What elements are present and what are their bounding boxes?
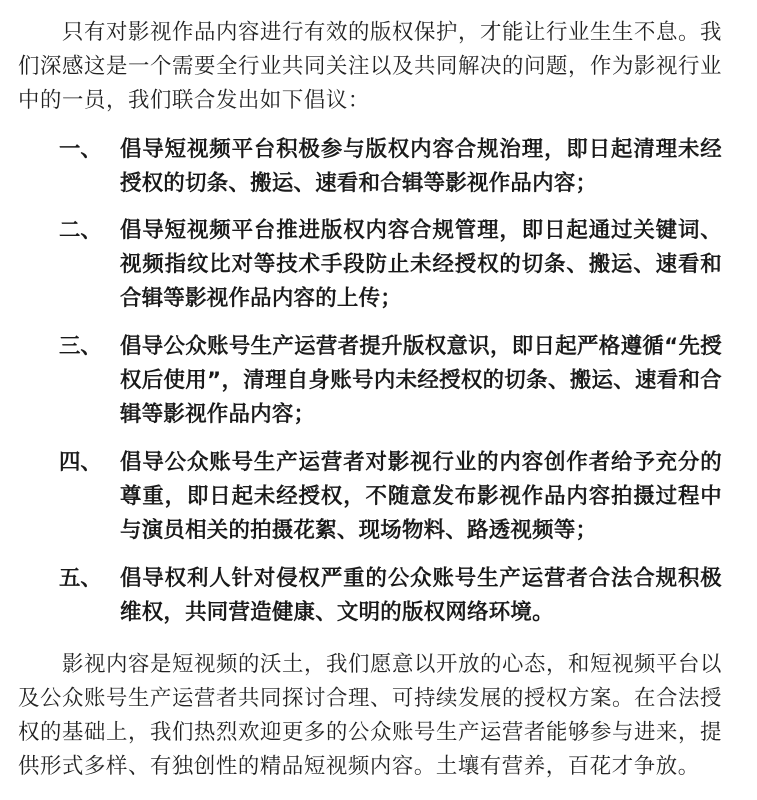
- item-number: 二、: [59, 214, 102, 248]
- item-text: 倡导短视频平台积极参与版权内容合规治理，即日起清理未经授权的切条、搬运、速看和合…: [120, 133, 722, 201]
- item-number: 一、: [59, 133, 102, 167]
- item-text: 倡导公众账号生产运营者对影视行业的内容创作者给予充分的尊重，即日起未经授权，不随…: [120, 446, 722, 548]
- intro-paragraph: 只有对影视作品内容进行有效的版权保护，才能让行业生生不息。我们深感这是一个需要全…: [18, 16, 722, 118]
- item-number: 五、: [59, 562, 102, 596]
- item-text: 倡导短视频平台推进版权内容合规管理，即日起通过关键词、视频指纹比对等技术手段防止…: [120, 214, 722, 316]
- item-number: 三、: [59, 330, 102, 364]
- item-text: 倡导权利人针对侵权严重的公众账号生产运营者合法合规积极维权，共同营造健康、文明的…: [120, 562, 722, 630]
- item-text: 倡导公众账号生产运营者提升版权意识，即日起严格遵循“先授权后使用”，清理自身账号…: [120, 330, 722, 432]
- document-page: 只有对影视作品内容进行有效的版权保护，才能让行业生生不息。我们深感这是一个需要全…: [0, 0, 757, 800]
- item-number: 四、: [59, 446, 102, 480]
- closing-paragraph: 影视内容是短视频的沃土，我们愿意以开放的心态，和短视频平台以及公众账号生产运营者…: [18, 648, 722, 784]
